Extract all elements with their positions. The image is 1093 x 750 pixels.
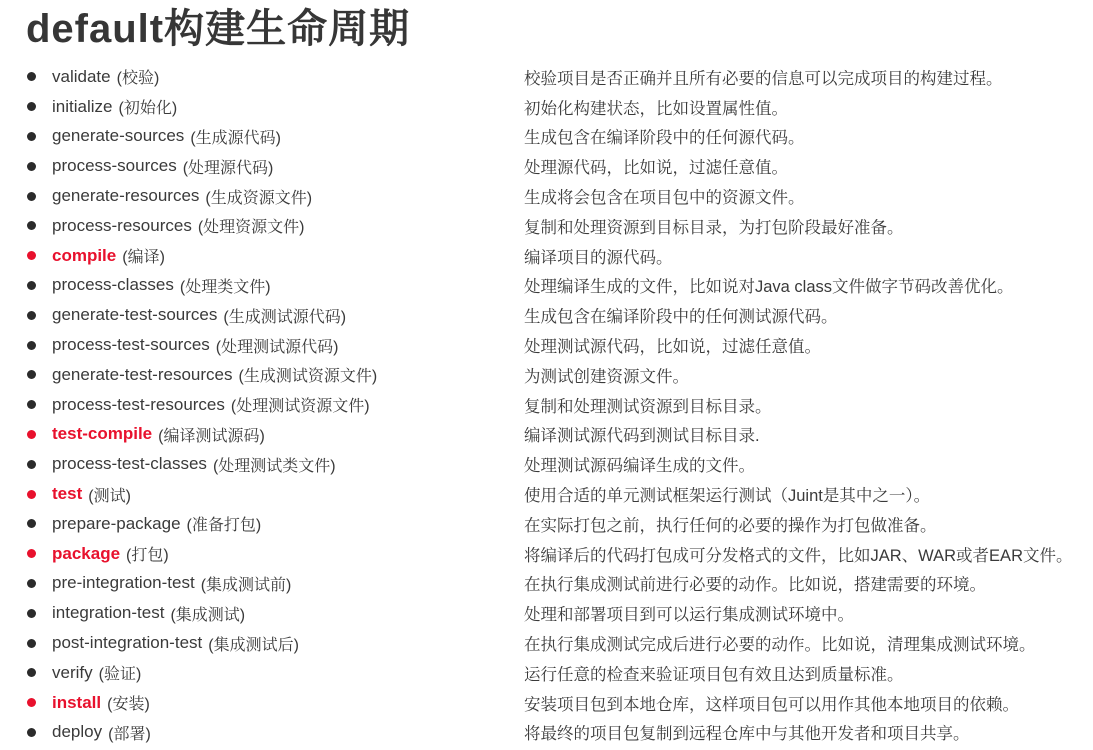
phase-label: generate-test-resources (生成测试资源文件) (0, 363, 524, 386)
phase-description: 使用合适的单元测试框架运行测试（Juint是其中之一）。 (524, 487, 930, 505)
phase-name: integration-test (52, 603, 164, 623)
page-title: default构建生命周期 (26, 2, 1093, 56)
phase-name: install (52, 693, 101, 713)
phase-label: generate-sources (生成源代码) (0, 125, 524, 148)
bullet-icon (27, 400, 36, 409)
phase-label: generate-resources (生成资源文件) (0, 185, 524, 208)
phase-name: deploy (52, 722, 102, 742)
phase-description-col: 处理源代码，比如说，过滤任意值。 (524, 154, 1093, 178)
phase-description: 处理源代码，比如说，过滤任意值。 (524, 159, 788, 177)
phase-name: process-test-resources (52, 395, 225, 415)
phase-row: process-test-resources (处理测试资源文件) 复制和处理测… (0, 390, 1093, 420)
phase-label: process-sources (处理源代码) (0, 155, 524, 178)
phase-description: 初始化构建状态，比如设置属性值。 (524, 100, 788, 118)
phase-name: process-classes (52, 275, 174, 295)
phase-label: pre-integration-test (集成测试前) (0, 572, 524, 595)
phase-translation: (校验) (117, 65, 160, 88)
phase-description-col: 处理编译生成的文件，比如说对Java class文件做字节码改善优化。 (524, 273, 1093, 297)
phase-row: process-sources (处理源代码) 处理源代码，比如说，过滤任意值。 (0, 151, 1093, 181)
phase-row: generate-resources (生成资源文件) 生成将会包含在项目包中的… (0, 181, 1093, 211)
phase-label: initialize (初始化) (0, 95, 524, 118)
phase-label: process-classes (处理类文件) (0, 274, 524, 297)
phase-description: 处理编译生成的文件，比如说对Java class文件做字节码改善优化。 (524, 278, 1014, 296)
phase-list: validate (校验) 校验项目是否正确并且所有必要的信息可以完成项目的构建… (0, 62, 1093, 747)
bullet-icon (27, 132, 36, 141)
phase-description: 编译测试源代码到测试目标目录. (524, 427, 760, 445)
bullet-icon (27, 162, 36, 171)
phase-label: process-test-sources (处理测试源代码) (0, 334, 524, 357)
phase-label: test (测试) (0, 483, 524, 506)
phase-translation: (生成源代码) (190, 125, 281, 148)
phase-description-col: 生成将会包含在项目包中的资源文件。 (524, 184, 1093, 208)
bullet-icon (27, 668, 36, 677)
phase-translation: (验证) (99, 661, 142, 684)
phase-description-col: 生成包含在编译阶段中的任何测试源代码。 (524, 303, 1093, 327)
bullet-icon (27, 639, 36, 648)
phase-description-col: 在实际打包之前，执行任何的必要的操作为打包做准备。 (524, 512, 1093, 536)
phase-name: generate-sources (52, 126, 184, 146)
phase-name: process-test-classes (52, 454, 207, 474)
phase-description: 生成将会包含在项目包中的资源文件。 (524, 189, 805, 207)
phase-label: deploy (部署) (0, 721, 524, 744)
phase-description: 处理测试源码编译生成的文件。 (524, 457, 755, 475)
phase-label: compile (编译) (0, 244, 524, 267)
phase-translation: (部署) (108, 721, 151, 744)
bullet-icon (27, 281, 36, 290)
phase-row: package (打包) 将编译后的代码打包成可分发格式的文件，比如JAR、WA… (0, 539, 1093, 569)
phase-description-col: 将最终的项目包复制到远程仓库中与其他开发者和项目共享。 (524, 720, 1093, 744)
phase-description: 安装项目包到本地仓库，这样项目包可以用作其他本地项目的依赖。 (524, 696, 1019, 714)
phase-row: integration-test (集成测试) 处理和部署项目到可以运行集成测试… (0, 598, 1093, 628)
phase-name: process-sources (52, 156, 177, 176)
phase-translation: (生成测试源代码) (223, 304, 346, 327)
phase-description-col: 生成包含在编译阶段中的任何源代码。 (524, 124, 1093, 148)
bullet-icon (27, 609, 36, 618)
phase-description-col: 在执行集成测试前进行必要的动作。比如说，搭建需要的环境。 (524, 571, 1093, 595)
phase-row: process-resources (处理资源文件) 复制和处理资源到目标目录，… (0, 211, 1093, 241)
bullet-icon (27, 728, 36, 737)
phase-translation: (集成测试) (170, 602, 245, 625)
bullet-icon (27, 341, 36, 350)
phase-translation: (生成资源文件) (205, 185, 312, 208)
phase-description-col: 处理测试源码编译生成的文件。 (524, 452, 1093, 476)
phase-row: deploy (部署) 将最终的项目包复制到远程仓库中与其他开发者和项目共享。 (0, 718, 1093, 748)
phase-translation: (集成测试后) (208, 632, 299, 655)
phase-row: verify (验证) 运行任意的检查来验证项目包有效且达到质量标准。 (0, 658, 1093, 688)
phase-name: generate-resources (52, 186, 199, 206)
bullet-icon (27, 311, 36, 320)
bullet-icon (27, 549, 36, 558)
phase-description-col: 在执行集成测试完成后进行必要的动作。比如说，清理集成测试环境。 (524, 631, 1093, 655)
phase-name: test-compile (52, 424, 152, 444)
phase-row: generate-sources (生成源代码) 生成包含在编译阶段中的任何源代… (0, 122, 1093, 152)
phase-row: test (测试) 使用合适的单元测试框架运行测试（Juint是其中之一）。 (0, 479, 1093, 509)
phase-description: 将最终的项目包复制到远程仓库中与其他开发者和项目共享。 (524, 725, 970, 743)
phase-translation: (编译测试源码) (158, 423, 265, 446)
phase-name: prepare-package (52, 514, 181, 534)
phase-row: post-integration-test (集成测试后) 在执行集成测试完成后… (0, 628, 1093, 658)
phase-description-col: 运行任意的检查来验证项目包有效且达到质量标准。 (524, 661, 1093, 685)
phase-label: package (打包) (0, 542, 524, 565)
phase-description-col: 初始化构建状态，比如设置属性值。 (524, 95, 1093, 119)
phase-label: process-test-classes (处理测试类文件) (0, 453, 524, 476)
bullet-icon (27, 192, 36, 201)
phase-label: integration-test (集成测试) (0, 602, 524, 625)
phase-description-col: 安装项目包到本地仓库，这样项目包可以用作其他本地项目的依赖。 (524, 691, 1093, 715)
phase-name: compile (52, 246, 116, 266)
phase-label: prepare-package (准备打包) (0, 512, 524, 535)
phase-description-col: 复制和处理资源到目标目录，为打包阶段最好准备。 (524, 214, 1093, 238)
phase-translation: (打包) (126, 542, 169, 565)
phase-label: process-test-resources (处理测试资源文件) (0, 393, 524, 416)
bullet-icon (27, 490, 36, 499)
phase-description: 校验项目是否正确并且所有必要的信息可以完成项目的构建过程。 (524, 70, 1003, 88)
bullet-icon (27, 370, 36, 379)
phase-translation: (准备打包) (187, 512, 262, 535)
phase-label: test-compile (编译测试源码) (0, 423, 524, 446)
phase-description: 将编译后的代码打包成可分发格式的文件，比如JAR、WAR或者EAR文件。 (524, 547, 1072, 565)
phase-label: validate (校验) (0, 65, 524, 88)
phase-description-col: 处理测试源代码，比如说，过滤任意值。 (524, 333, 1093, 357)
phase-translation: (测试) (88, 483, 131, 506)
phase-label: process-resources (处理资源文件) (0, 214, 524, 237)
phase-description: 在实际打包之前，执行任何的必要的操作为打包做准备。 (524, 517, 937, 535)
phase-label: verify (验证) (0, 661, 524, 684)
phase-translation: (初始化) (118, 95, 177, 118)
phase-row: process-test-classes (处理测试类文件) 处理测试源码编译生… (0, 449, 1093, 479)
phase-name: package (52, 544, 120, 564)
phase-label: post-integration-test (集成测试后) (0, 632, 524, 655)
phase-description-col: 处理和部署项目到可以运行集成测试环境中。 (524, 601, 1093, 625)
phase-description-col: 复制和处理测试资源到目标目录。 (524, 393, 1093, 417)
phase-name: generate-test-sources (52, 305, 217, 325)
phase-translation: (处理类文件) (180, 274, 271, 297)
phase-description: 编译项目的源代码。 (524, 249, 673, 267)
phase-row: install (安装) 安装项目包到本地仓库，这样项目包可以用作其他本地项目的… (0, 688, 1093, 718)
phase-description-col: 将编译后的代码打包成可分发格式的文件，比如JAR、WAR或者EAR文件。 (524, 542, 1093, 566)
phase-row: validate (校验) 校验项目是否正确并且所有必要的信息可以完成项目的构建… (0, 62, 1093, 92)
phase-name: pre-integration-test (52, 573, 195, 593)
phase-label: install (安装) (0, 691, 524, 714)
phase-translation: (处理资源文件) (198, 214, 305, 237)
phase-row: generate-test-resources (生成测试资源文件) 为测试创建… (0, 360, 1093, 390)
bullet-icon (27, 102, 36, 111)
phase-row: generate-test-sources (生成测试源代码) 生成包含在编译阶… (0, 300, 1093, 330)
phase-translation: (处理测试类文件) (213, 453, 336, 476)
phase-description: 生成包含在编译阶段中的任何源代码。 (524, 129, 805, 147)
phase-description-col: 编译项目的源代码。 (524, 244, 1093, 268)
phase-description: 生成包含在编译阶段中的任何测试源代码。 (524, 308, 838, 326)
phase-translation: (集成测试前) (201, 572, 292, 595)
bullet-icon (27, 430, 36, 439)
phase-translation: (生成测试资源文件) (238, 363, 377, 386)
phase-row: prepare-package (准备打包) 在实际打包之前，执行任何的必要的操… (0, 509, 1093, 539)
phase-translation: (处理测试源代码) (216, 334, 339, 357)
phase-description-col: 编译测试源代码到测试目标目录. (524, 422, 1093, 446)
bullet-icon (27, 221, 36, 230)
phase-description: 运行任意的检查来验证项目包有效且达到质量标准。 (524, 666, 904, 684)
phase-description: 在执行集成测试前进行必要的动作。比如说，搭建需要的环境。 (524, 576, 986, 594)
phase-row: pre-integration-test (集成测试前) 在执行集成测试前进行必… (0, 569, 1093, 599)
phase-description: 复制和处理测试资源到目标目录。 (524, 398, 772, 416)
phase-translation: (安装) (107, 691, 150, 714)
phase-name: generate-test-resources (52, 365, 232, 385)
phase-name: validate (52, 67, 111, 87)
phase-translation: (处理测试资源文件) (231, 393, 370, 416)
phase-row: process-test-sources (处理测试源代码) 处理测试源代码，比… (0, 330, 1093, 360)
phase-description: 为测试创建资源文件。 (524, 368, 689, 386)
phase-name: post-integration-test (52, 633, 202, 653)
phase-row: compile (编译) 编译项目的源代码。 (0, 241, 1093, 271)
phase-row: process-classes (处理类文件) 处理编译生成的文件，比如说对Ja… (0, 271, 1093, 301)
phase-name: process-test-sources (52, 335, 210, 355)
bullet-icon (27, 460, 36, 469)
phase-row: test-compile (编译测试源码) 编译测试源代码到测试目标目录. (0, 420, 1093, 450)
phase-row: initialize (初始化) 初始化构建状态，比如设置属性值。 (0, 92, 1093, 122)
bullet-icon (27, 519, 36, 528)
phase-label: generate-test-sources (生成测试源代码) (0, 304, 524, 327)
phase-name: verify (52, 663, 93, 683)
phase-name: initialize (52, 97, 112, 117)
bullet-icon (27, 579, 36, 588)
bullet-icon (27, 251, 36, 260)
phase-name: test (52, 484, 82, 504)
bullet-icon (27, 698, 36, 707)
phase-description: 复制和处理资源到目标目录，为打包阶段最好准备。 (524, 219, 904, 237)
phase-translation: (编译) (122, 244, 165, 267)
phase-name: process-resources (52, 216, 192, 236)
phase-description: 处理测试源代码，比如说，过滤任意值。 (524, 338, 821, 356)
phase-description: 在执行集成测试完成后进行必要的动作。比如说，清理集成测试环境。 (524, 636, 1036, 654)
phase-description-col: 使用合适的单元测试框架运行测试（Juint是其中之一）。 (524, 482, 1093, 506)
phase-translation: (处理源代码) (183, 155, 274, 178)
phase-description-col: 为测试创建资源文件。 (524, 363, 1093, 387)
phase-description: 处理和部署项目到可以运行集成测试环境中。 (524, 606, 854, 624)
bullet-icon (27, 72, 36, 81)
phase-description-col: 校验项目是否正确并且所有必要的信息可以完成项目的构建过程。 (524, 65, 1093, 89)
